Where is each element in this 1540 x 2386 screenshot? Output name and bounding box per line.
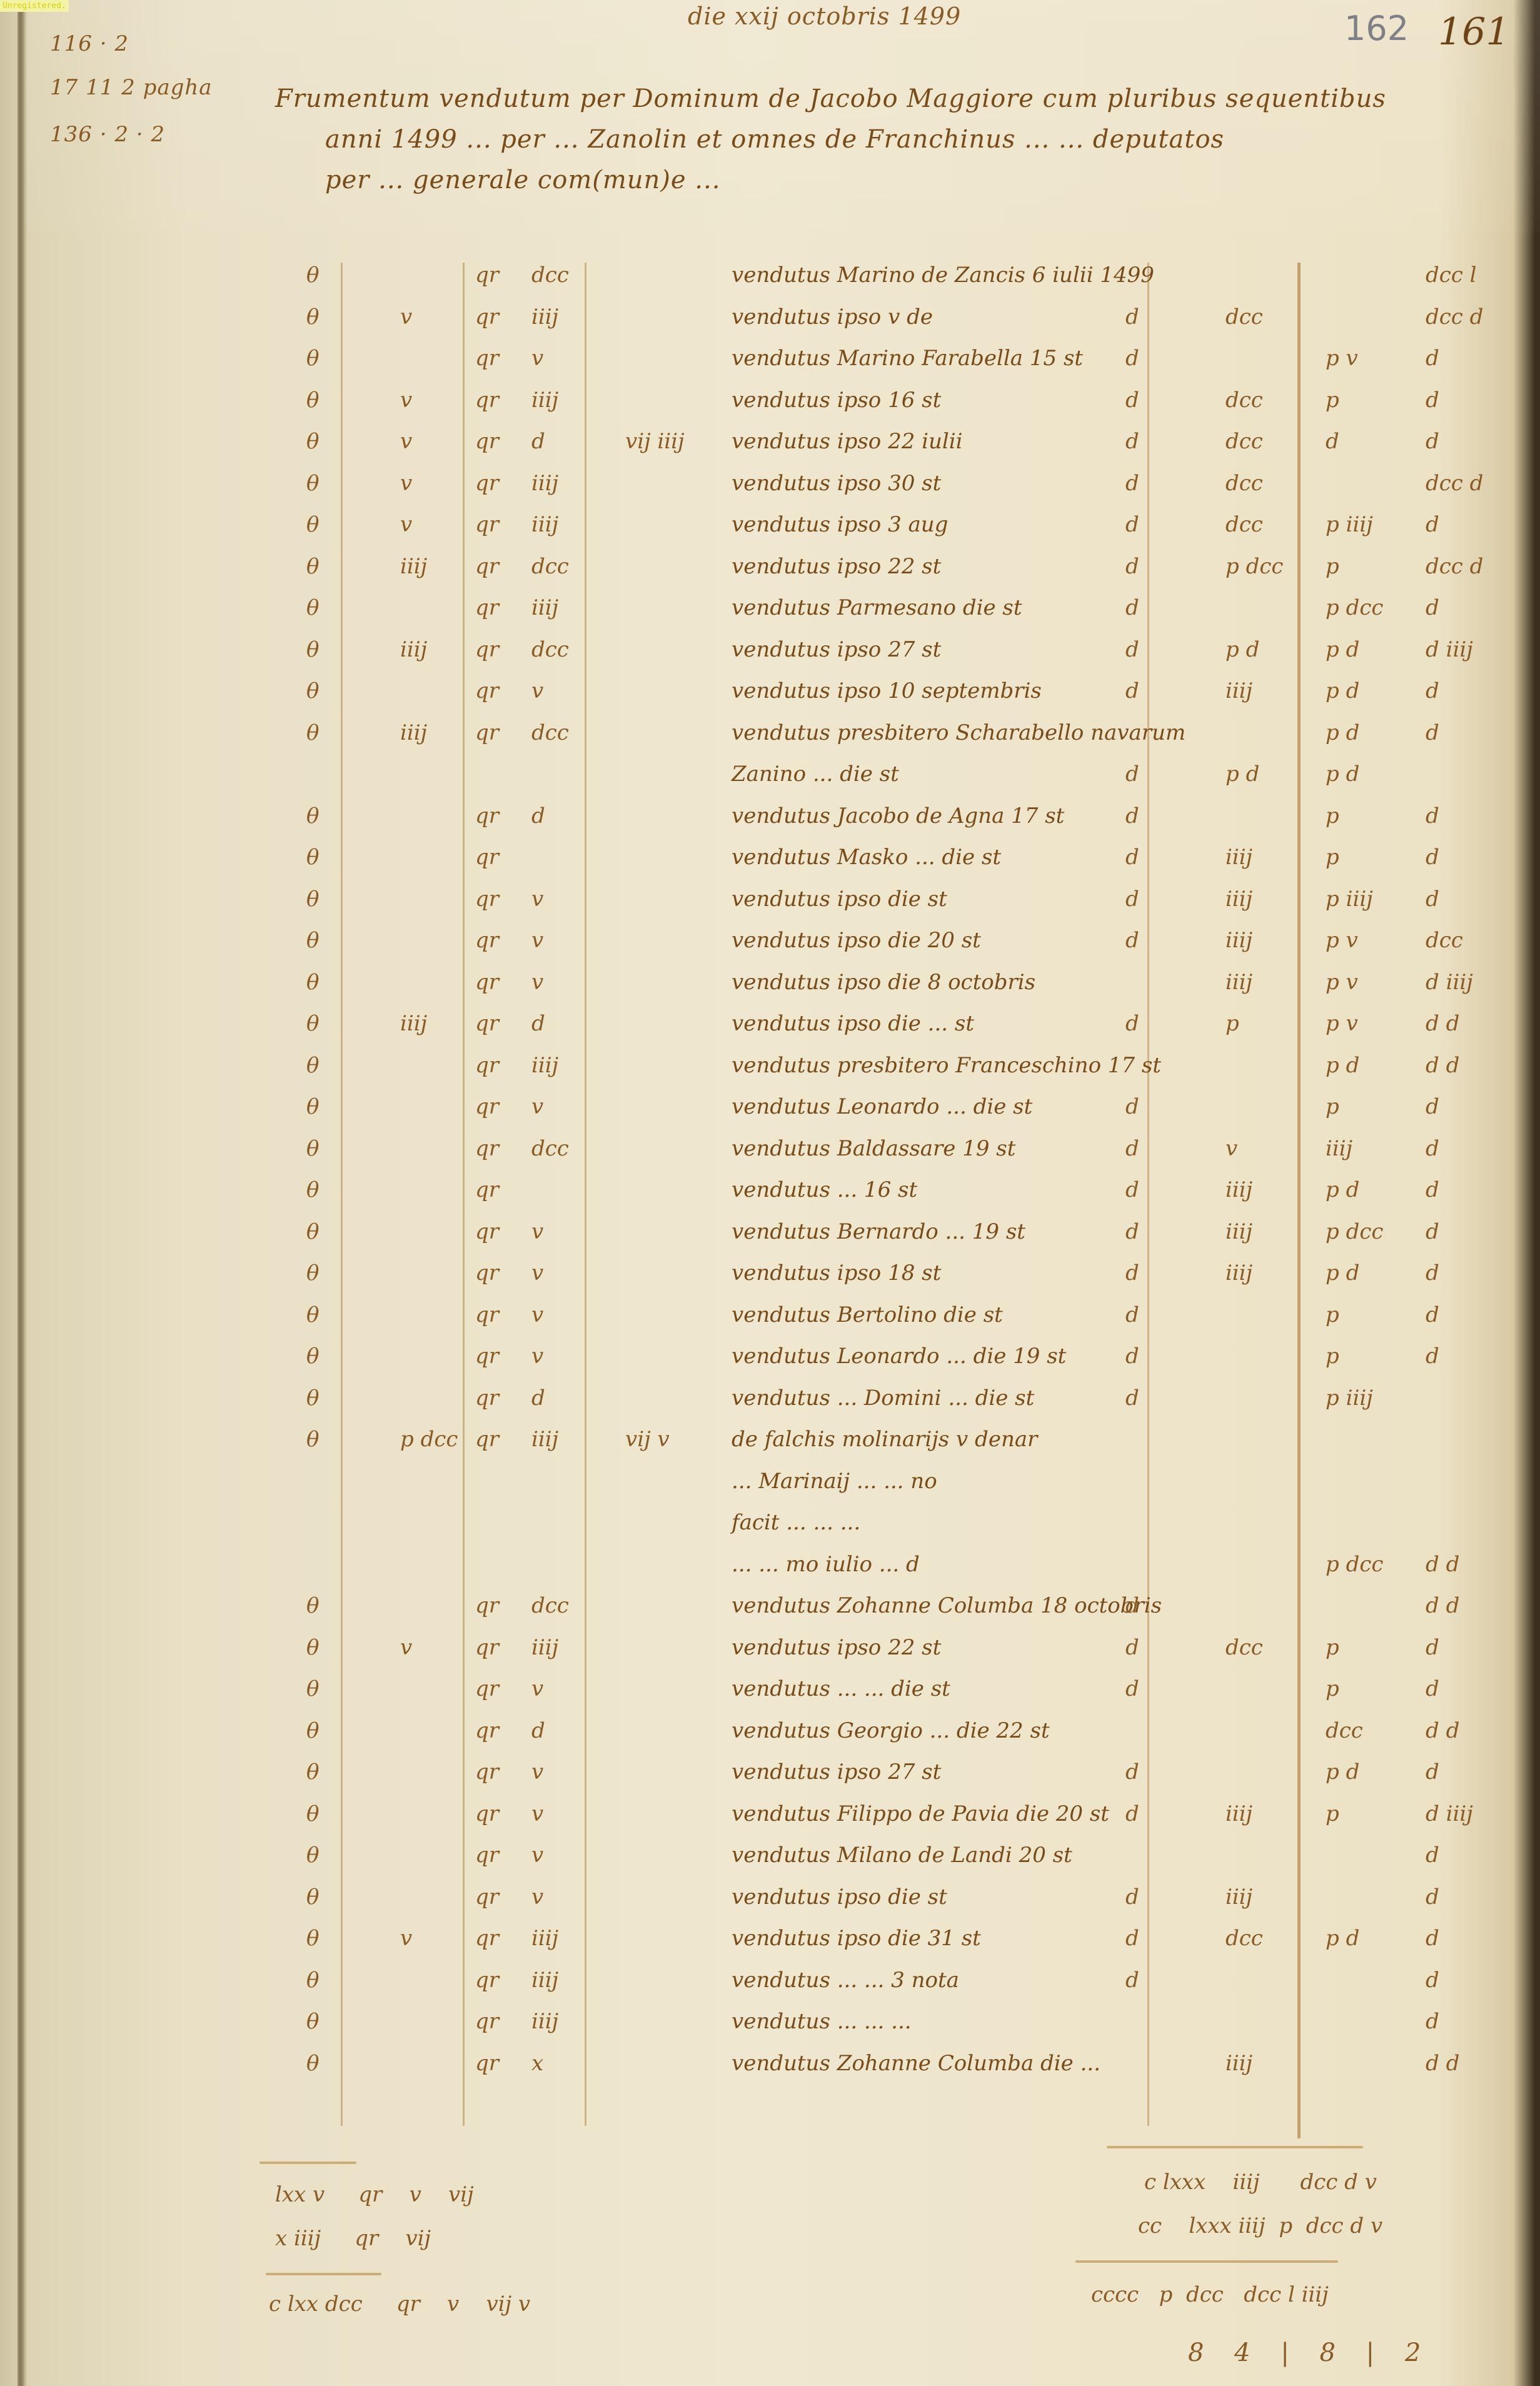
entry-amount-cell: iiij [1225,1219,1252,1244]
entry-amount-cell: p d [1326,1177,1359,1202]
entry-amount-cell: vij v [625,1427,670,1452]
entry-description: vendutus ... ... ... [732,2009,912,2034]
entry-amount-cell: d [1125,1676,1139,1701]
entry-amount-cell: iiij [531,2009,558,2034]
entry-description: vendutus Marino de Zancis 6 iulii 1499 [732,263,1154,288]
entry-amount-cell: d [1125,1011,1139,1036]
entry-amount-cell: d [531,1386,545,1411]
right-total-row: cc lxxx iiij p dcc d v [1138,2213,1382,2238]
folio-number-pencil: 162 [1344,9,1409,48]
entry-amount-cell: v [531,1885,543,1910]
entry-amount-cell: d [1426,388,1439,413]
ledger-row: facit ... ... ... [0,1510,1540,1548]
entry-amount-cell: p [1326,845,1339,870]
entry-amount-cell: d [531,1011,545,1036]
entry-description: vendutus ipso 30 st [732,471,941,496]
entry-amount-cell: qr [475,1926,499,1951]
entry-description: vendutus ipso v de [732,305,933,330]
ledger-row: ... ... mo iulio ... dp dccd d [0,1552,1540,1589]
entry-amount-cell: d [531,1718,545,1743]
entry-amount-cell: qr [475,1302,499,1327]
total-cell: lxx v [275,2182,325,2207]
entry-amount-cell: d iiij [1426,637,1473,662]
entry-amount-cell: p d [1326,678,1359,703]
entry-amount-cell: v [400,1926,412,1951]
entry-check-mark: θ [306,346,319,371]
ledger-row: θiiijqrdccvendutus ipso 27 stdp dp dd ii… [0,637,1540,675]
entry-check-mark: θ [306,512,319,537]
entry-amount-cell: v [531,1094,543,1119]
total-cell: v [447,2292,459,2317]
entry-check-mark: θ [306,305,319,330]
total-rule [259,2162,356,2164]
ledger-row: θqriiijvendutus ... ... 3 notadd [0,1968,1540,2005]
entry-amount-cell: dcc [1225,1635,1263,1660]
entry-amount-cell: d [1426,512,1439,537]
entry-amount-cell: p v [1326,1011,1358,1036]
entry-amount-cell: qr [475,1094,499,1119]
entry-amount-cell: v [400,1635,412,1660]
entry-amount-cell: vij iiij [625,429,685,454]
ledger-row: θqrvvendutus Leonardo ... die stdpd [0,1094,1540,1132]
entry-amount-cell: d [1426,346,1439,371]
entry-amount-cell: qr [475,2051,499,2076]
entry-amount-cell: qr [475,887,499,912]
total-cell: qr [396,2292,420,2317]
entry-description: vendutus Zohanne Columba die ... [732,2051,1100,2076]
entry-amount-cell: iiij [1225,1177,1252,1202]
left-total-row: lxx v qr v vij [275,2182,474,2207]
entry-amount-cell: d [1426,1968,1439,1993]
entry-amount-cell: p [1326,1094,1339,1119]
ledger-row: θqrvvendutus ipso 18 stdiiijp dd [0,1261,1540,1298]
entry-description: vendutus ipso 10 septembris [732,678,1042,703]
entry-amount-cell: qr [475,1177,499,1202]
entry-description: vendutus Leonardo ... die st [732,1094,1032,1119]
entry-amount-cell: iiij [531,1427,558,1452]
entry-amount-cell: d d [1426,1718,1459,1743]
entry-amount-cell: d [1125,1261,1139,1286]
entry-amount-cell: d [1426,1344,1439,1369]
entry-amount-cell: d [1426,1759,1439,1784]
entry-amount-cell: d [1125,512,1139,537]
entry-amount-cell: iiij [531,1053,558,1078]
entry-check-mark: θ [306,928,319,953]
entry-amount-cell: d d [1426,1552,1459,1577]
entry-amount-cell: d [1125,1885,1139,1910]
entry-check-mark: θ [306,1386,319,1411]
entry-amount-cell: d [1426,1926,1439,1951]
entry-amount-cell: qr [475,263,499,288]
margin-note: 116 · 2 [50,31,129,56]
entry-check-mark: θ [306,1136,319,1161]
entry-amount-cell: v [531,1843,543,1868]
entry-amount-cell: qr [475,1635,499,1660]
total-cell: qr [355,2226,378,2251]
ledger-row: θqriiijvendutus presbitero Franceschino … [0,1053,1540,1090]
entry-description: vendutus ipso die 8 octobris [732,970,1035,995]
entry-amount-cell: dcc [531,1136,569,1161]
entry-amount-cell: v [531,1302,543,1327]
entry-amount-cell: d [1426,1219,1439,1244]
entry-amount-cell: d d [1426,2051,1459,2076]
total-cell: cc [1138,2213,1162,2238]
entry-amount-cell: p iiij [1326,512,1373,537]
entry-amount-cell: qr [475,471,499,496]
entry-amount-cell: d [1426,1885,1439,1910]
entry-check-mark: θ [306,1219,319,1244]
ledger-row: θqrvvendutus ipso die stdiiijp iiijd [0,887,1540,924]
total-cell: vij v [486,2292,531,2317]
entry-amount-cell: p dcc [1326,595,1383,620]
entry-amount-cell: d d [1426,1593,1459,1618]
entry-description: vendutus ipso 27 st [732,1759,941,1784]
entry-amount-cell: d [1426,1136,1439,1161]
entry-check-mark: θ [306,678,319,703]
entry-check-mark: θ [306,845,319,870]
entry-description: vendutus Masko ... die st [732,845,1001,870]
entry-amount-cell: d [1125,1177,1139,1202]
entry-check-mark: θ [306,1926,319,1951]
entry-description: ... Marinaij ... ... no [732,1469,937,1494]
entry-description: vendutus ipso die ... st [732,1011,974,1036]
total-cell: qr [358,2182,382,2207]
entry-amount-cell: d [1125,1635,1139,1660]
entry-amount-cell: p d [1326,762,1359,787]
entry-amount-cell: v [1225,1136,1237,1161]
entry-amount-cell: p d [1326,1926,1359,1951]
entry-amount-cell: iiij [531,471,558,496]
entry-amount-cell: d [1426,678,1439,703]
entry-amount-cell: p [1326,1676,1339,1701]
ledger-row: θqrvvendutus ... ... die stdpd [0,1676,1540,1714]
entry-amount-cell: v [531,970,543,995]
entry-amount-cell: qr [475,1759,499,1784]
total-cell: v [410,2182,421,2207]
ledger-row: θqrvendutus Masko ... die stdiiijpd [0,845,1540,882]
ledger-row: θqrdvendutus Georgio ... die 22 stdccd d [0,1718,1540,1756]
entry-description: vendutus ... ... 3 nota [732,1968,959,1993]
ledger-row: θqrvvendutus ipso 27 stdp dd [0,1759,1540,1797]
entry-description: de falchis molinarijs v denar [732,1427,1037,1452]
ledger-row: θiiijqrdccvendutus presbitero Scharabell… [0,720,1540,758]
entry-amount-cell: d [1426,1843,1439,1868]
entry-description: Zanino ... die st [732,762,899,787]
entry-amount-cell: dcc [1225,388,1263,413]
entry-amount-cell: qr [475,1386,499,1411]
ledger-row: θqriiijvendutus ... ... ...d [0,2009,1540,2046]
entry-amount-cell: qr [475,928,499,953]
entry-description: vendutus Jacobo de Agna 17 st [732,803,1064,828]
entry-description: vendutus presbitero Franceschino 17 st [732,1053,1161,1078]
ledger-row: θqrvvendutus ipso die 20 stdiiijp vdcc [0,928,1540,965]
total-cell: c lxxx [1144,2170,1205,2195]
entry-amount-cell: d iiij [1426,1801,1473,1826]
entry-amount-cell: v [531,928,543,953]
entry-description: vendutus ipso 3 aug [732,512,948,537]
entry-check-mark: θ [306,1759,319,1784]
entry-amount-cell: p d [1225,637,1259,662]
right-total-row: c lxxx iiij dcc d v [1144,2170,1377,2195]
entry-amount-cell: d [1125,1219,1139,1244]
entry-check-mark: θ [306,1302,319,1327]
entry-description: vendutus Georgio ... die 22 st [732,1718,1050,1743]
entry-amount-cell: d [1426,1094,1439,1119]
entry-amount-cell: qr [475,1427,499,1452]
entry-check-mark: θ [306,1843,319,1868]
entry-amount-cell: p [1326,1302,1339,1327]
entry-amount-cell: qr [475,1968,499,1993]
entry-amount-cell: d iiij [1426,970,1473,995]
entry-amount-cell: qr [475,512,499,537]
entry-description: vendutus Baldassare 19 st [732,1136,1015,1161]
entry-description: vendutus ... Domini ... die st [732,1386,1034,1411]
entry-amount-cell: qr [475,1136,499,1161]
entry-amount-cell: iiij [400,1011,427,1036]
right-total-row: cccc p dcc dcc l iiij [1091,2282,1329,2307]
manuscript-page: Unregistered. 162 161 die xxij octobris … [0,0,1540,2386]
entry-amount-cell: p [1326,1801,1339,1826]
entry-amount-cell: iiij [1225,887,1252,912]
entry-amount-cell: qr [475,1344,499,1369]
entry-description: vendutus ipso die 31 st [732,1926,981,1951]
ledger-row: θqrdvendutus ... Domini ... die stdp iii… [0,1386,1540,1423]
entry-amount-cell: qr [475,1843,499,1868]
ledger-row: θp dccqriiijvij vde falchis molinarijs v… [0,1427,1540,1464]
entry-amount-cell: p v [1326,928,1358,953]
entry-amount-cell: d [1125,762,1139,787]
entry-amount-cell: p [1326,388,1339,413]
entry-amount-cell: dcc [531,637,569,662]
entry-description: vendutus ipso 22 iulii [732,429,963,454]
ledger-row: θvqrdvij iiijvendutus ipso 22 iuliiddccd… [0,429,1540,466]
entry-amount-cell: iiij [1225,678,1252,703]
entry-amount-cell: p d [1326,1759,1359,1784]
entry-description: vendutus Filippo de Pavia die 20 st [732,1801,1109,1826]
entry-amount-cell: d [1125,1136,1139,1161]
entry-amount-cell: qr [475,1011,499,1036]
entry-check-mark: θ [306,471,319,496]
entry-check-mark: θ [306,595,319,620]
entry-amount-cell: qr [475,678,499,703]
entry-amount-cell: d [1125,388,1139,413]
entry-check-mark: θ [306,970,319,995]
entry-description: vendutus ipso 22 st [732,1635,941,1660]
entry-amount-cell: d [1125,1094,1139,1119]
entry-amount-cell: d [1125,471,1139,496]
entry-check-mark: θ [306,1801,319,1826]
ledger-row: θqrvvendutus ipso die stdiiijd [0,1885,1540,1922]
entry-amount-cell: qr [475,1261,499,1286]
entry-description: vendutus presbitero Scharabello navarum [732,720,1185,745]
entry-check-mark: θ [306,1053,319,1078]
entry-amount-cell: d [531,429,545,454]
entry-amount-cell: d [1125,305,1139,330]
ledger-row: θqrvvendutus Leonardo ... die 19 stdpd [0,1344,1540,1381]
entry-amount-cell: d [1326,429,1339,454]
entry-description: vendutus Leonardo ... die 19 st [732,1344,1066,1369]
entry-amount-cell: qr [475,637,499,662]
entry-amount-cell: iiij [400,720,427,745]
entry-amount-cell: p [1326,554,1339,579]
entry-check-mark: θ [306,1427,319,1452]
entry-amount-cell: qr [475,1593,499,1618]
entry-amount-cell: d [1426,1177,1439,1202]
entry-amount-cell: d [1125,1801,1139,1826]
entry-amount-cell: qr [475,2009,499,2034]
entry-amount-cell: dcc [531,1593,569,1618]
folio-number-ink: 161 [1438,10,1510,54]
entry-amount-cell: p iiij [1326,887,1373,912]
entry-check-mark: θ [306,720,319,745]
entry-amount-cell: p v [1326,970,1358,995]
total-cell: dcc [1186,2282,1224,2307]
ledger-row: θqrdccvendutus Baldassare 19 stdviiijd [0,1136,1540,1174]
entry-amount-cell: v [531,887,543,912]
entry-amount-cell: v [400,512,412,537]
total-cell: x iiij [275,2226,321,2251]
entry-amount-cell: d d [1426,1011,1459,1036]
ledger-row: θqrvvendutus Marino Farabella 15 stdp vd [0,346,1540,383]
entry-amount-cell: dcc [531,720,569,745]
entry-amount-cell: v [531,678,543,703]
entry-amount-cell: x [531,2051,543,2076]
entry-amount-cell: d [1125,346,1139,371]
entry-amount-cell: qr [475,554,499,579]
entry-amount-cell: d [1125,1344,1139,1369]
entry-amount-cell: v [400,429,412,454]
entry-check-mark: θ [306,1676,319,1701]
entry-description: vendutus Zohanne Columba 18 octobris [732,1593,1162,1618]
entry-amount-cell: p dcc [1326,1219,1383,1244]
entry-amount-cell: dcc d [1426,471,1483,496]
entry-description: vendutus ipso 27 st [732,637,941,662]
entry-amount-cell: p iiij [1326,1386,1373,1411]
entry-amount-cell: v [531,1261,543,1286]
ledger-row: θqrvvendutus ipso 10 septembrisdiiijp dd [0,678,1540,716]
ledger-row: θqrdccvendutus Marino de Zancis 6 iulii … [0,263,1540,300]
entry-amount-cell: iiij [531,1926,558,1951]
total-rule [1075,2260,1338,2263]
entry-amount-cell: iiij [1225,928,1252,953]
entry-amount-cell: iiij [531,388,558,413]
total-cell: dcc d v [1301,2170,1377,2195]
total-cell: lxxx iiij [1189,2213,1265,2238]
entry-amount-cell: iiij [400,554,427,579]
entry-description: vendutus Marino Farabella 15 st [732,346,1083,371]
entry-amount-cell: qr [475,845,499,870]
entry-amount-cell: dcc [531,554,569,579]
entry-amount-cell: d [1125,1968,1139,1993]
entry-amount-cell: v [531,1219,543,1244]
entry-amount-cell: d [1426,887,1439,912]
entry-description: vendutus ... ... die st [732,1676,950,1701]
entry-amount-cell: qr [475,1676,499,1701]
entry-description: vendutus Milano de Landi 20 st [732,1843,1072,1868]
total-cell: p [1279,2213,1292,2238]
entry-amount-cell: v [531,1676,543,1701]
ledger-row: θiiijqrdvendutus ipso die ... stdpp vd d [0,1011,1540,1049]
entry-amount-cell: p [1326,803,1339,828]
entry-amount-cell: d [1125,429,1139,454]
entry-check-mark: θ [306,1344,319,1369]
ledger-row: θvqriiijvendutus ipso 30 stddccdcc d [0,471,1540,508]
ledger-row: Zanino ... die stdp dp d [0,762,1540,799]
entry-amount-cell: dcc [1225,305,1263,330]
entry-amount-cell: v [531,1759,543,1784]
entry-amount-cell: dcc [1426,928,1463,953]
margin-note: 136 · 2 · 2 [50,122,165,147]
entry-check-mark: θ [306,263,319,288]
entry-amount-cell: qr [475,346,499,371]
entry-description: vendutus Bertolino die st [732,1302,1003,1327]
total-rule [1107,2146,1363,2148]
total-cell: vij [448,2182,474,2207]
entry-amount-cell: qr [475,1801,499,1826]
entry-check-mark: θ [306,429,319,454]
entry-amount-cell: dcc [1326,1718,1363,1743]
total-cell: p [1159,2282,1173,2307]
entry-description: vendutus ipso 18 st [732,1261,941,1286]
entry-amount-cell: p dcc [1326,1552,1383,1577]
margin-note: 17 11 2 pagha [50,75,213,100]
entry-description: vendutus Bernardo ... 19 st [732,1219,1025,1244]
ledger-row: θqrdccvendutus Zohanne Columba 18 octobr… [0,1593,1540,1631]
ledger-row: θvqriiijvendutus ipso v deddccdcc d [0,305,1540,342]
entry-amount-cell: iiij [1225,845,1252,870]
entry-check-mark: θ [306,1593,319,1618]
entry-check-mark: θ [306,554,319,579]
total-cell: dcc l iiij [1244,2282,1329,2307]
entry-amount-cell: d [1125,803,1139,828]
entry-amount-cell: d [1125,678,1139,703]
entry-amount-cell: p d [1326,1053,1359,1078]
entry-check-mark: θ [306,887,319,912]
unregistered-watermark: Unregistered. [0,0,69,12]
entry-amount-cell: d [1125,1759,1139,1784]
entry-amount-cell: qr [475,720,499,745]
ledger-row: θvqriiijvendutus ipso die 31 stddccp dd [0,1926,1540,1963]
entry-check-mark: θ [306,637,319,662]
entry-amount-cell: p d [1326,637,1359,662]
entry-amount-cell: dcc [1225,512,1263,537]
entry-amount-cell: d [1426,1261,1439,1286]
entry-check-mark: θ [306,388,319,413]
ledger-row: θqriiijvendutus Parmesano die stdp dccd [0,595,1540,633]
entry-amount-cell: d [1426,720,1439,745]
entry-check-mark: θ [306,1094,319,1119]
entry-amount-cell: d [1125,554,1139,579]
entry-amount-cell: p d [1326,720,1359,745]
entry-description: facit ... ... ... [732,1510,860,1535]
entry-amount-cell: d [1426,1635,1439,1660]
footer-figures: 8 4 | 8 | 2 [1188,2338,1432,2367]
entry-description: vendutus ipso 22 st [732,554,941,579]
left-total-row: x iiij qr vij [275,2226,431,2251]
entry-amount-cell: iiij [1225,1885,1252,1910]
entry-amount-cell: v [531,1344,543,1369]
entry-amount-cell: d [1426,429,1439,454]
ledger-row: θvqriiijvendutus ipso 16 stddccpd [0,388,1540,425]
entry-amount-cell: qr [475,1219,499,1244]
entry-amount-cell: qr [475,970,499,995]
entry-amount-cell: d [1426,595,1439,620]
left-total-row: c lxx dcc qr v vij v [269,2292,530,2317]
ledger-row: θqrvvendutus Bertolino die stdpd [0,1302,1540,1340]
entry-amount-cell: dcc [1225,429,1263,454]
entry-amount-cell: qr [475,803,499,828]
entry-check-mark: θ [306,803,319,828]
